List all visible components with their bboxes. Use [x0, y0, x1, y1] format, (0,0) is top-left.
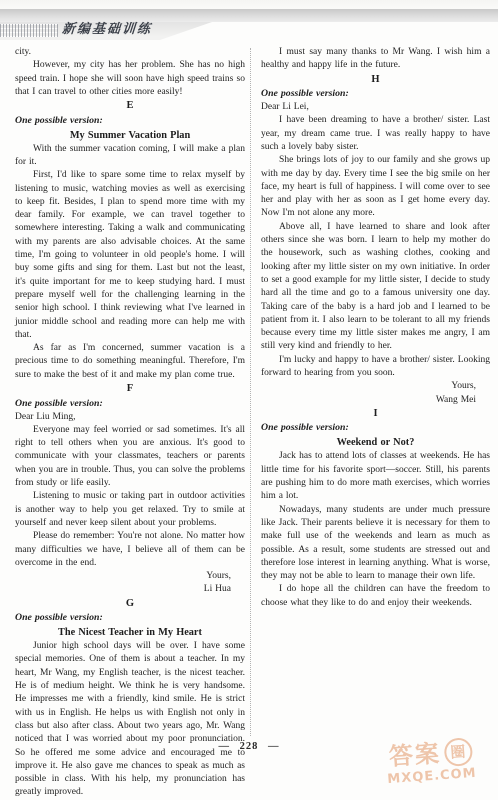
- possible-version-label: One possible version:: [15, 114, 245, 128]
- paragraph: As far as I'm concerned, summer vacation…: [15, 342, 245, 382]
- paragraph: Everyone may feel worried or sad sometim…: [15, 424, 245, 490]
- paragraph: First, I'd like to spare some time to re…: [15, 169, 245, 342]
- essay-title: My Summer Vacation Plan: [15, 128, 245, 143]
- paragraph: I have been dreaming to have a brother/ …: [261, 114, 490, 154]
- letter-salutation: Dear Liu Ming,: [15, 411, 245, 424]
- paragraph: She brings lots of joy to our family and…: [261, 154, 490, 220]
- brand-logo: 新编基础训练: [61, 21, 152, 39]
- essay-title: The Nicest Teacher in My Heart: [15, 625, 245, 640]
- section-letter: E: [15, 99, 245, 114]
- section-letter: G: [15, 597, 245, 612]
- paragraph: Please do remember: You're not alone. No…: [15, 530, 245, 570]
- right-column: I must say many thanks to Mr Wang. I wis…: [261, 46, 490, 610]
- paragraph: I must say many thanks to Mr Wang. I wis…: [261, 46, 490, 73]
- column-divider: [250, 48, 251, 736]
- possible-version-label: One possible version:: [15, 397, 245, 411]
- page-number: — 228 —: [0, 741, 498, 752]
- letter-signature: Wang Mei: [261, 394, 490, 407]
- left-column: city.However, my city has her problem. S…: [15, 46, 245, 800]
- paragraph: Jack has to attend lots of classes at we…: [261, 450, 490, 503]
- essay-title: Weekend or Not?: [261, 435, 490, 450]
- scanned-answer-page: 新编基础训练 city.However, my city has her pro…: [0, 0, 498, 800]
- possible-version-label: One possible version:: [261, 87, 490, 101]
- paragraph: Listening to music or taking part in out…: [15, 490, 245, 530]
- letter-signature: Yours,: [261, 380, 490, 393]
- section-letter: H: [261, 73, 490, 88]
- paragraph: Above all, I have learned to share and l…: [261, 221, 490, 354]
- paragraph: Junior high school days will be over. I …: [15, 640, 245, 800]
- paragraph-continuation: city.: [15, 46, 245, 59]
- section-letter: F: [15, 382, 245, 397]
- possible-version-label: One possible version:: [15, 611, 245, 625]
- watermark-domain: MXQE.COM: [371, 765, 494, 788]
- paragraph: Nowadays, many students are under much p…: [261, 504, 490, 584]
- section-letter: I: [261, 407, 490, 422]
- paragraph: I'm lucky and happy to have a brother/ s…: [261, 354, 490, 381]
- letter-salutation: Dear Li Lei,: [261, 101, 490, 114]
- paragraph: With the summer vacation coming, I will …: [15, 143, 245, 170]
- logo-hatch-pattern: [0, 24, 58, 37]
- paragraph: However, my city has her problem. She ha…: [15, 59, 245, 99]
- possible-version-label: One possible version:: [261, 421, 490, 435]
- letter-signature: Li Hua: [15, 583, 245, 596]
- letter-signature: Yours,: [15, 570, 245, 583]
- paragraph: I do hope all the children can have the …: [261, 583, 490, 610]
